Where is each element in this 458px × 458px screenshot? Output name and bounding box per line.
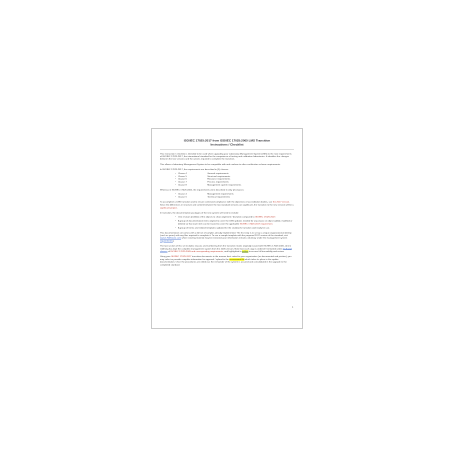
clause-label: Clause 8 — [178, 184, 207, 187]
page-number: 1 — [292, 306, 293, 308]
text-segment: . — [272, 223, 273, 225]
red-text-segment: ISO/IEC 17025:2017 requirement — [240, 223, 273, 225]
hyperlink[interactable]: requirements — [160, 240, 173, 242]
red-text-segment: significant project — [160, 207, 177, 209]
text-segment: , and highlighted in — [223, 250, 242, 252]
text-segment: . — [177, 207, 178, 209]
intro-paragraph-2: This allows a laboratory Management Syst… — [160, 163, 294, 166]
clauses-2005-lead: Whereas in ISO/IEC 17025:2005, the requi… — [160, 189, 294, 192]
clauses-2017-lead: In ISO/IEC 17025:2017, the requirements … — [160, 168, 294, 171]
clause-desc: Technical requirements — [207, 196, 230, 199]
text-segment: . — [275, 216, 276, 218]
text-segment: A group of documentation items aligned t… — [178, 220, 292, 225]
bullet-text: A group of documentation items aligned t… — [178, 220, 294, 225]
intro-paragraph-1: This instruction / checklist is intended… — [160, 153, 294, 161]
clause-desc: Management system requirements — [207, 184, 241, 187]
screenshot-canvas: ISO/IEC 17025:2017 from ISO/IEC 17025:20… — [0, 0, 458, 458]
red-text-segment: ISO/IEC 17025:2005 and corresponding req… — [171, 250, 224, 252]
closing-paragraph-2: The last section of this set includes cl… — [160, 245, 294, 253]
text-segment: where existing material may be reviewed;… — [181, 237, 287, 239]
text-segment: to ensure full traceability and review. — [248, 250, 284, 252]
clauses-2017-list: • Clause 4 General requirements • Clause… — [160, 172, 294, 186]
clause-item: • Clause 8 Management system requirement… — [160, 184, 294, 187]
transition-paragraph: To accomplish a LMS transition and to en… — [160, 201, 294, 209]
bullet-text: One revision (redline) of the objects to… — [178, 216, 294, 219]
transition-bullet-2: • A group of documentation items aligned… — [160, 220, 294, 225]
document-title-line2: Instructions / Checklist — [160, 143, 294, 147]
closing-paragraph-1: This documentation set comes with a full… — [160, 232, 294, 243]
red-text-segment: ISO/IEC 17025:2017 — [255, 216, 275, 218]
text-segment: ). — [173, 240, 174, 242]
text-segment: One revision (redline) of the objects to… — [178, 216, 255, 218]
document-title: ISO/IEC 17025:2017 from ISO/IEC 17025:20… — [160, 139, 294, 147]
bullet-text: A group of forms and related templates u… — [178, 227, 294, 230]
clauses-2005-list: • Clause 4 Management requirements • Cla… — [160, 193, 294, 199]
document-content: ISO/IEC 17025:2017 from ISO/IEC 17025:20… — [152, 129, 302, 328]
text-segment: This documentation set comes with a full… — [160, 232, 291, 237]
closing-paragraph-3: Using your ISO/IEC 17025:2017 transition… — [160, 255, 294, 266]
transition-bullet-1: • One revision (redline) of the objects … — [160, 216, 294, 219]
document-page: ISO/IEC 17025:2017 from ISO/IEC 17025:20… — [151, 128, 303, 329]
clause-item: • Clause 5 Technical requirements — [160, 196, 294, 199]
clause-label: Clause 5 — [178, 196, 207, 199]
transition-bullets-lead: In transition, the documentation package… — [160, 212, 294, 215]
text-segment: The last section of this set includes cl… — [160, 245, 291, 250]
transition-bullet-3: • A group of forms and related templates… — [160, 227, 294, 230]
